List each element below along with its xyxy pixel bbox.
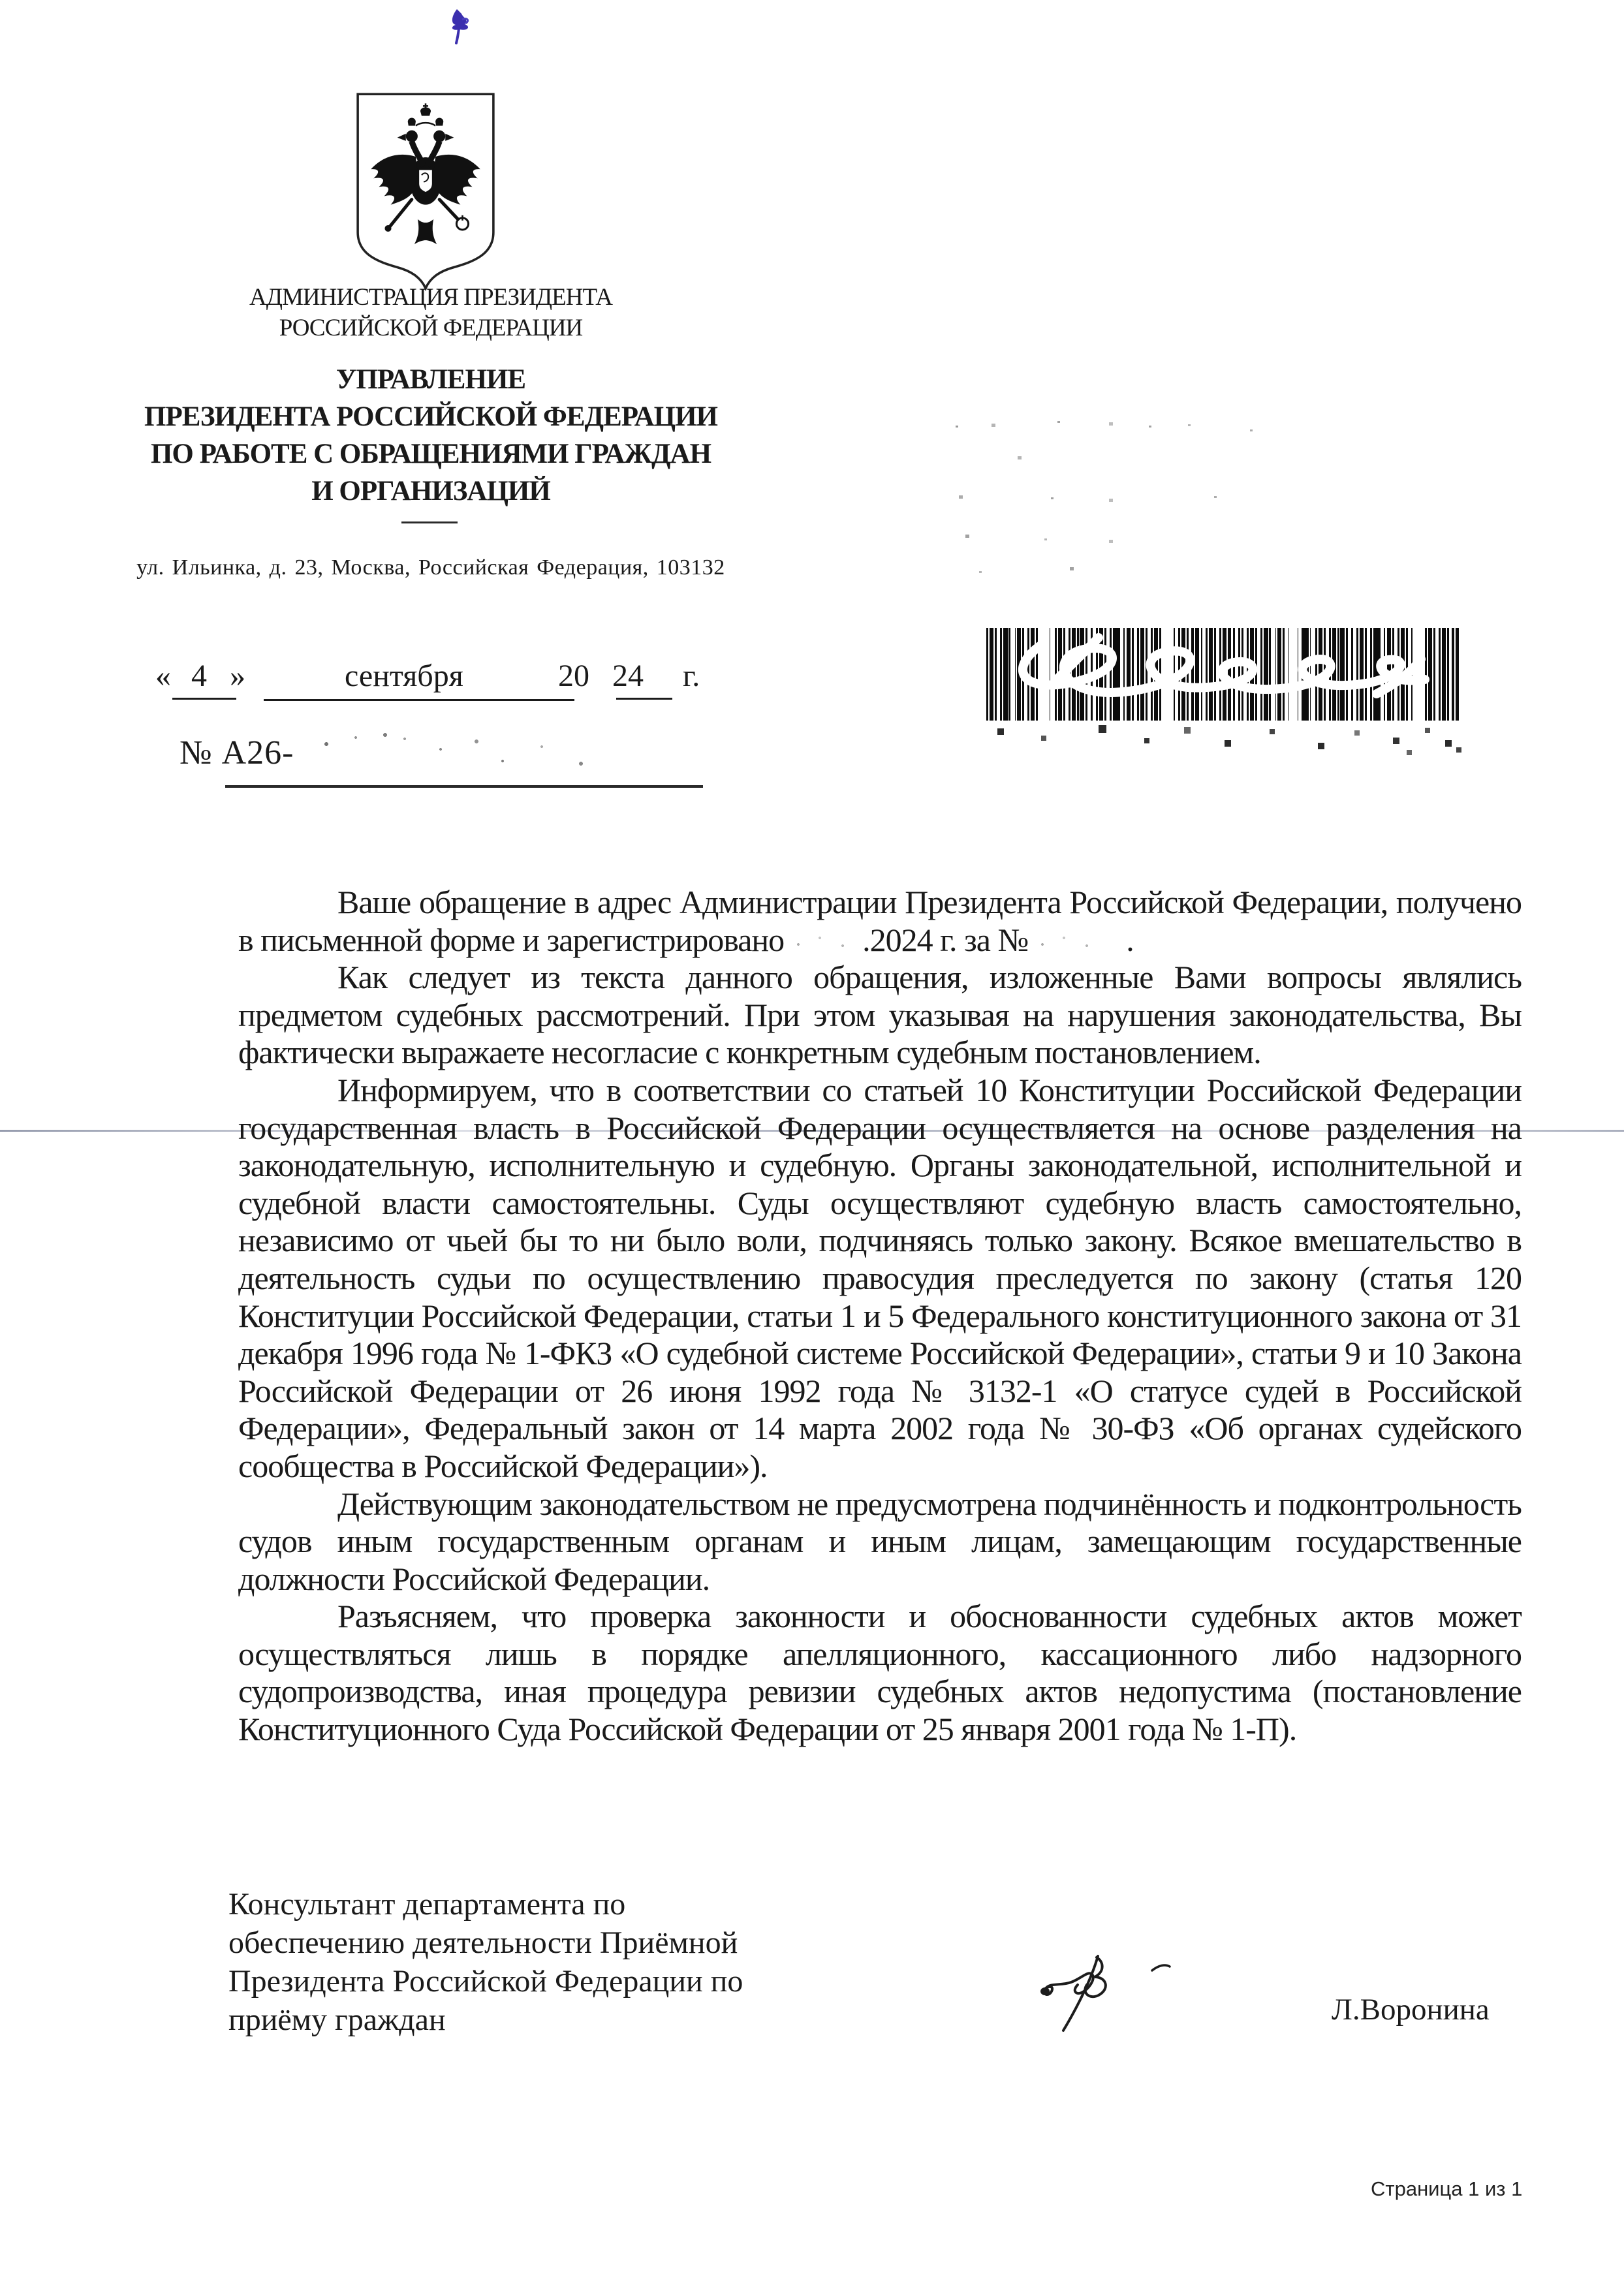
handwritten-signature [1035, 1948, 1195, 2049]
department-line1: УПРАВЛЕНИЕ [59, 361, 803, 398]
barcode-white-scrawl [982, 623, 1465, 728]
department-name: УПРАВЛЕНИЕ ПРЕЗИДЕНТА РОССИЙСКОЙ ФЕДЕРАЦ… [59, 361, 803, 510]
signer-position: Консультант департамента по обеспечению … [228, 1885, 816, 2039]
redacted-reference-number [307, 730, 627, 775]
department-line3: ПО РАБОТЕ С ОБРАЩЕНИЯМИ ГРАЖДАН [59, 435, 803, 473]
date-century: 20 [558, 658, 589, 694]
reference-underline [225, 785, 703, 788]
date-year-suffix: г. [683, 658, 700, 694]
paragraph-5: Разъясняем, что проверка законности и об… [238, 1598, 1522, 1748]
paragraph-2: Как следует из текста данного обращения,… [238, 959, 1522, 1072]
paragraph-4: Действующим законодательством не предусм… [238, 1486, 1522, 1598]
letter-body: Ваше обращение в адрес Администрации Пре… [238, 884, 1522, 1749]
signer-position-line3: Президента Российской Федерации по [228, 1962, 816, 2000]
blue-ink-mark-icon [445, 5, 474, 60]
letterhead-divider [401, 521, 458, 523]
org-address: ул. Ильинка, д. 23, Москва, Российская Ф… [98, 555, 764, 580]
department-line4: И ОРГАНИЗАЦИЙ [59, 473, 803, 510]
redacted-number [1028, 931, 1126, 951]
org-name-line1: АДМИНИСТРАЦИЯ ПРЕЗИДЕНТА [98, 282, 764, 313]
org-name-line2: РОССИЙСКОЙ ФЕДЕРАЦИИ [98, 313, 764, 343]
date-month-underline [264, 699, 574, 701]
signer-position-line1: Консультант департамента по [228, 1885, 816, 1923]
paragraph-3: Информируем, что в соответствии со стать… [238, 1072, 1522, 1486]
date-day: 4 [191, 658, 207, 694]
date-open-quote: « [155, 658, 171, 694]
date-month: сентября [345, 658, 463, 694]
department-line2: ПРЕЗИДЕНТА РОССИЙСКОЙ ФЕДЕРАЦИИ [59, 398, 803, 435]
paragraph-1-end: . [1126, 922, 1134, 958]
redacted-date [784, 931, 862, 951]
page-indicator: Страница 1 из 1 [1371, 2177, 1522, 2201]
erased-barcode-digits [990, 722, 993, 726]
signer-name: Л.Воронина [1332, 1992, 1490, 2027]
signer-position-line4: приёму граждан [228, 2000, 816, 2039]
coat-of-arms-icon [350, 89, 501, 295]
reference-number: № А26- [180, 734, 294, 772]
date-year-underline [616, 698, 672, 700]
date-close-quote: » [230, 658, 245, 694]
date-year: 24 [612, 658, 644, 694]
org-name: АДМИНИСТРАЦИЯ ПРЕЗИДЕНТА РОССИЙСКОЙ ФЕДЕ… [98, 282, 764, 343]
date-line: « 4 » сентября 20 24 г. [0, 658, 783, 704]
signer-position-line2: обеспечению деятельности Приёмной [228, 1923, 816, 1962]
paragraph-1-middle: .2024 г. за № [862, 922, 1028, 958]
date-day-underline [172, 698, 236, 700]
paragraph-1: Ваше обращение в адрес Администрации Пре… [238, 884, 1522, 959]
scanned-letter-page: АДМИНИСТРАЦИЯ ПРЕЗИДЕНТА РОССИЙСКОЙ ФЕДЕ… [0, 0, 1624, 2287]
scan-noise-specks [927, 405, 929, 407]
